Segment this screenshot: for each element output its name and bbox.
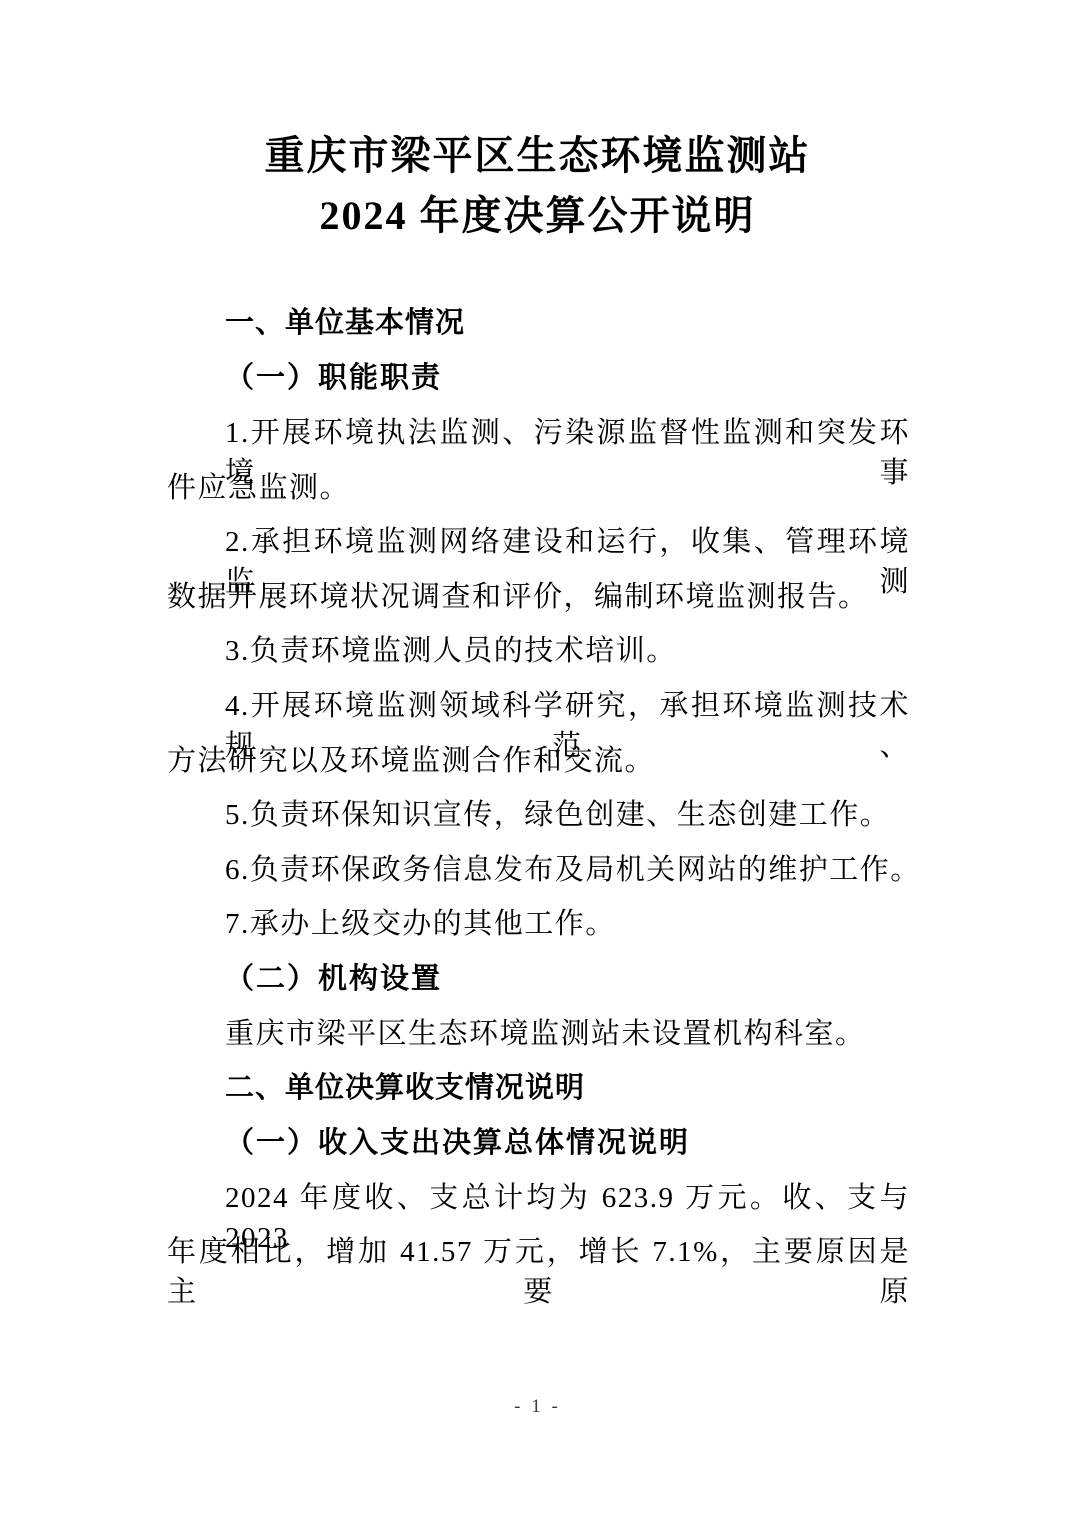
document-title-line-1: 重庆市梁平区生态环境监测站 <box>0 128 1075 184</box>
doc-line: 数据开展环境状况调查和评价，编制环境监测报告。 <box>167 577 910 617</box>
page-number: - 1 - <box>0 1395 1075 1419</box>
doc-line: 方法研究以及环境监测合作和交流。 <box>167 741 910 781</box>
doc-line: 6.负责环保政务信息发布及局机关网站的维护工作。 <box>167 850 910 890</box>
doc-line: 件应急监测。 <box>167 468 910 508</box>
subsection-1-2-heading: （二）机构设置 <box>167 959 910 999</box>
section-1-heading: 一、单位基本情况 <box>167 303 910 343</box>
doc-line: 7.承办上级交办的其他工作。 <box>167 904 910 944</box>
subsection-1-1-heading: （一）职能职责 <box>167 358 910 398</box>
doc-line: 5.负责环保知识宣传，绿色创建、生态创建工作。 <box>167 795 910 835</box>
subsection-2-1-heading: （一）收入支出决算总体情况说明 <box>167 1123 910 1163</box>
document-page: 重庆市梁平区生态环境监测站 2024 年度决算公开说明 一、单位基本情况 （一）… <box>0 0 1075 1520</box>
doc-line: 重庆市梁平区生态环境监测站未设置机构科室。 <box>167 1014 910 1054</box>
doc-line: 年度相比，增加 41.57 万元，增长 7.1%，主要原因是主要原 <box>167 1232 910 1312</box>
document-title-line-2: 2024 年度决算公开说明 <box>0 188 1075 244</box>
section-2-heading: 二、单位决算收支情况说明 <box>167 1068 910 1108</box>
doc-line: 3.负责环境监测人员的技术培训。 <box>167 631 910 671</box>
